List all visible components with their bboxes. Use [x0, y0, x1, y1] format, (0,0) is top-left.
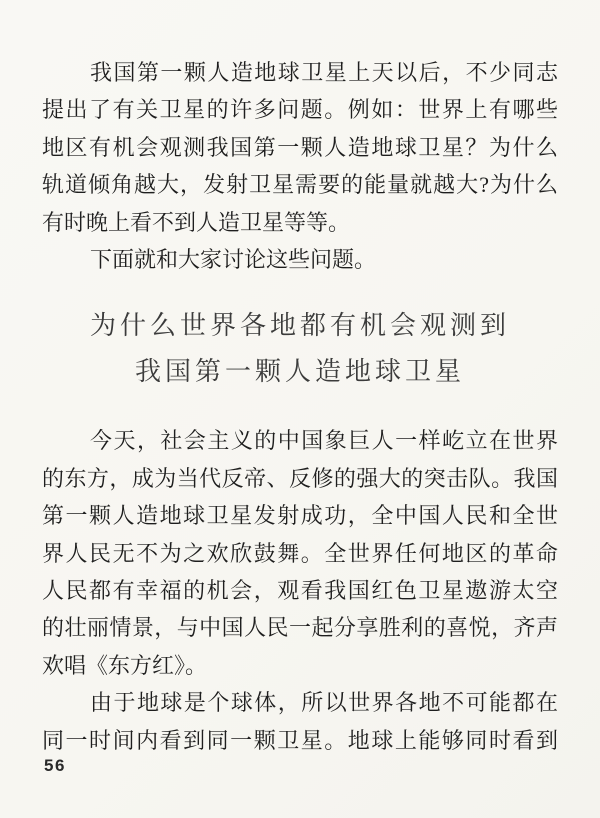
page-number: 56 — [44, 756, 66, 776]
paragraph-intro-2: 下面就和大家讨论这些问题。 — [42, 241, 558, 278]
text-line: 下面就和大家讨论这些问题。 — [42, 241, 558, 278]
section-heading: 为什么世界各地都有机会观测到 我国第一颗人造地球卫星 — [42, 303, 558, 395]
section-heading-line-2: 我国第一颗人造地球卫星 — [42, 349, 558, 395]
text-line: 有时晚上看不到人造卫星等等。 — [42, 204, 558, 241]
text-line: 地区有机会观测我国第一颗人造地球卫星？为什么 — [42, 129, 558, 166]
text-line: 欢唱《东方红》。 — [42, 647, 558, 684]
text-line: 同一时间内看到同一颗卫星。地球上能够同时看到 — [42, 722, 558, 759]
text-line: 的东方，成为当代反帝、反修的强大的突击队。我国 — [42, 460, 558, 497]
text-line: 今天，社会主义的中国象巨人一样屹立在世界 — [42, 422, 558, 459]
text-line: 的壮丽情景，与中国人民一起分享胜利的喜悦，齐声 — [42, 609, 558, 646]
paragraph-intro-1: 我国第一颗人造地球卫星上天以后，不少同志 提出了有关卫星的许多问题。例如：世界上… — [42, 54, 558, 241]
text-line: 我国第一颗人造地球卫星上天以后，不少同志 — [42, 54, 558, 91]
paragraph-section-1: 今天，社会主义的中国象巨人一样屹立在世界 的东方，成为当代反帝、反修的强大的突击… — [42, 422, 558, 684]
text-line: 界人民无不为之欢欣鼓舞。全世界任何地区的革命 — [42, 535, 558, 572]
text-column: 我国第一颗人造地球卫星上天以后，不少同志 提出了有关卫星的许多问题。例如：世界上… — [42, 54, 558, 759]
text-line: 提出了有关卫星的许多问题。例如：世界上有哪些 — [42, 91, 558, 128]
text-line: 第一颗人造地球卫星发射成功，全中国人民和全世 — [42, 497, 558, 534]
book-page: 我国第一颗人造地球卫星上天以后，不少同志 提出了有关卫星的许多问题。例如：世界上… — [0, 0, 600, 818]
text-line: 由于地球是个球体，所以世界各地不可能都在 — [42, 684, 558, 721]
text-line: 轨道倾角越大，发射卫星需要的能量就越大?为什么 — [42, 166, 558, 203]
paragraph-section-2: 由于地球是个球体，所以世界各地不可能都在 同一时间内看到同一颗卫星。地球上能够同… — [42, 684, 558, 759]
section-heading-line-1: 为什么世界各地都有机会观测到 — [42, 303, 558, 349]
text-line: 人民都有幸福的机会，观看我国红色卫星遨游太空 — [42, 572, 558, 609]
